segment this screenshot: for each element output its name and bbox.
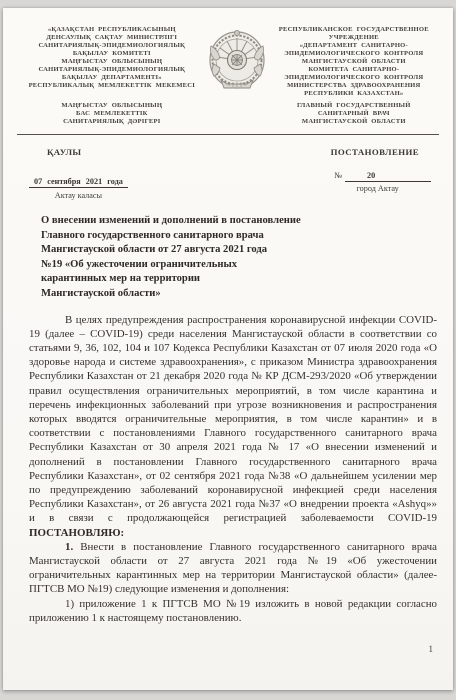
officer-title-kazakh: МАҢҒЫСТАУ ОБЛЫСЫНЫҢ БАС МЕМЛЕКЕТТІК САНИ… — [19, 102, 205, 126]
document-number: 20 — [345, 171, 431, 182]
doc-type-row: ҚАУЛЫ ПОСТАНОВЛЕНИЕ — [3, 135, 453, 157]
officer-title-russian: ГЛАВНЫЙ ГОСУДАРСТВЕННЫЙ САНИТАРНЫЙ ВРАЧ … — [269, 102, 439, 126]
document-number-line: №20 — [334, 171, 431, 182]
kazakhstan-emblem-icon — [205, 24, 269, 94]
letterhead: «ҚАЗАҚСТАН РЕСПУБЛИКАСЫНЫҢ ДЕНСАУЛЫҚ САҚ… — [3, 8, 453, 126]
number-label: № — [334, 171, 342, 180]
doc-type-russian: ПОСТАНОВЛЕНИЕ — [331, 147, 419, 157]
paragraph-preamble: В целях предупреждения распространения к… — [29, 313, 437, 526]
document-page: «ҚАЗАҚСТАН РЕСПУБЛИКАСЫНЫҢ ДЕНСАУЛЫҚ САҚ… — [3, 8, 453, 690]
place-russian: город Актау — [334, 184, 421, 193]
paragraph-item-1: 1. Внести в постановление Главного госуд… — [29, 540, 437, 597]
org-name-russian: РЕСПУБЛИКАНСКОЕ ГОСУДАРСТВЕННОЕ УЧРЕЖДЕН… — [269, 26, 439, 98]
item-1-text: Внести в постановление Главного государс… — [29, 541, 437, 596]
item-1-number: 1. — [65, 541, 73, 553]
document-body: В целях предупреждения распространения к… — [29, 313, 437, 625]
letterhead-left-column: «ҚАЗАҚСТАН РЕСПУБЛИКАСЫНЫҢ ДЕНСАУЛЫҚ САҚ… — [19, 26, 205, 126]
page-number: 1 — [429, 644, 434, 654]
meta-date-block: 07 сентября 2021 года Актау каласы — [29, 171, 128, 200]
letterhead-right-column: РЕСПУБЛИКАНСКОЕ ГОСУДАРСТВЕННОЕ УЧРЕЖДЕН… — [269, 26, 439, 126]
place-kazakh: Актау каласы — [29, 191, 128, 200]
paragraph-subitem-1: 1) приложение 1 к ПГТСВ МО №19 изложить … — [29, 597, 437, 625]
document-title: О внесении изменений и дополнений в пост… — [41, 214, 413, 302]
document-date: 07 сентября 2021 года — [29, 177, 128, 188]
doc-type-kazakh: ҚАУЛЫ — [47, 147, 81, 157]
meta-number-block: №20 город Актау — [334, 171, 431, 200]
meta-row: 07 сентября 2021 года Актау каласы №20 г… — [3, 157, 453, 200]
org-name-kazakh: «ҚАЗАҚСТАН РЕСПУБЛИКАСЫНЫҢ ДЕНСАУЛЫҚ САҚ… — [19, 26, 205, 90]
resolution-keyword: ПОСТАНОВЛЯЮ: — [29, 526, 437, 540]
